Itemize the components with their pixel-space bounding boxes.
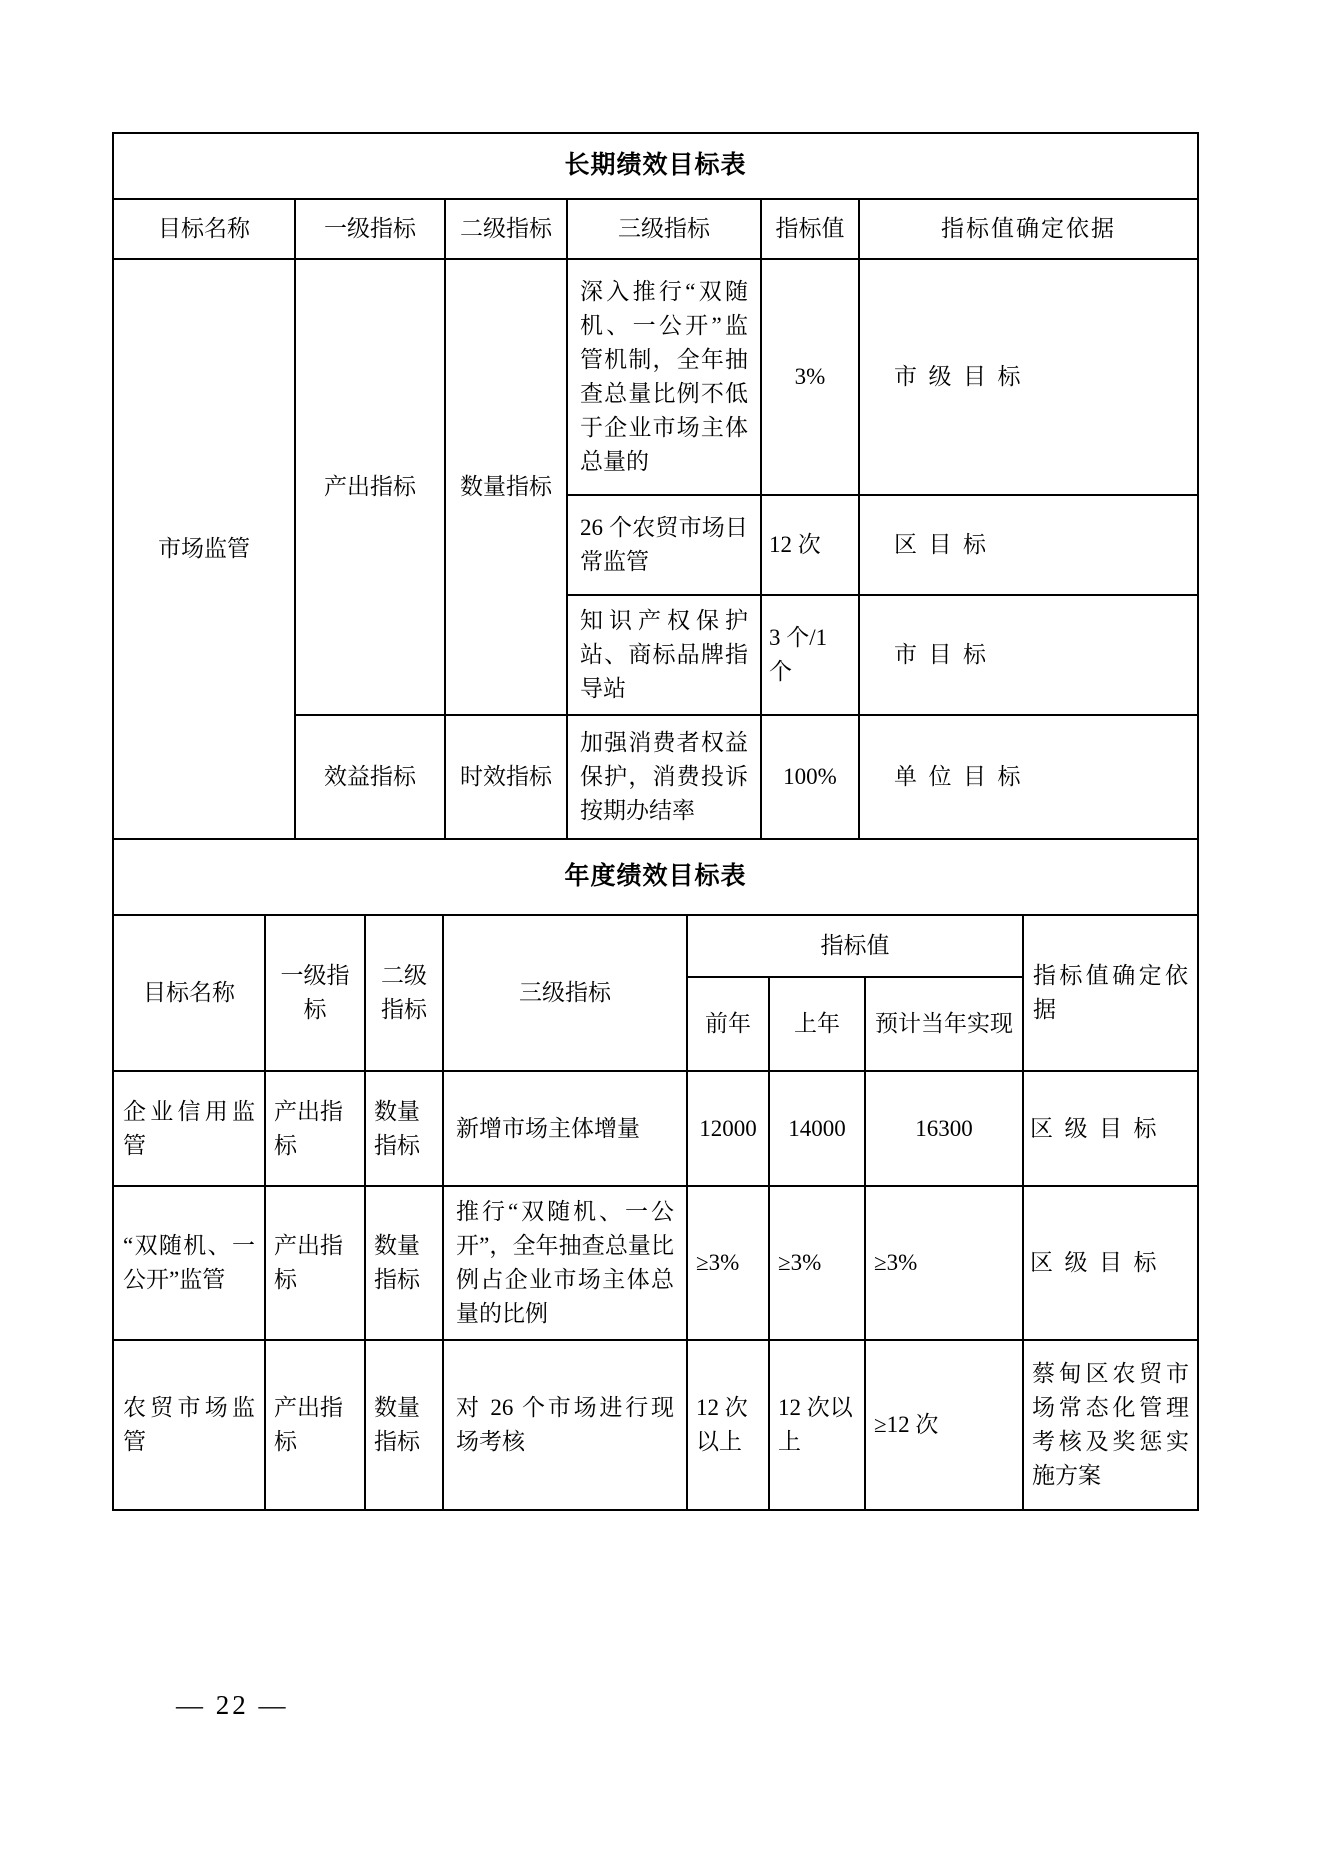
table-row: “双随机、一公开”监管 产出指标 数量指标 推行“双随机、一公开”，全年抽查总量… — [113, 1186, 1198, 1340]
lt-cell-level1-output: 产出指标 — [295, 259, 445, 715]
an-cell-r2-level3: 对 26 个市场进行现场考核 — [443, 1340, 687, 1510]
an-cell-r1-goal: “双随机、一公开”监管 — [113, 1186, 265, 1340]
lt-cell-level2-quantity: 数量指标 — [445, 259, 567, 715]
long-term-table-title: 长期绩效目标表 — [113, 133, 1198, 199]
an-cell-r0-basis: 区级目标 — [1023, 1071, 1198, 1186]
lt-header-value: 指标值 — [761, 199, 859, 259]
lt-cell-r3-level3: 加强消费者权益保护，消费投诉按期办结率 — [567, 715, 761, 839]
long-term-target-table: 长期绩效目标表 目标名称 一级指标 二级指标 三级指标 指标值 指标值确定依据 … — [112, 132, 1199, 840]
an-cell-r0-goal: 企业信用监管 — [113, 1071, 265, 1186]
table-row: 市场监管 产出指标 数量指标 深入推行“双随机、一公开”监管机制，全年抽查总量比… — [113, 259, 1198, 495]
an-cell-r1-basis: 区级目标 — [1023, 1186, 1198, 1340]
an-cell-r0-level1: 产出指标 — [265, 1071, 365, 1186]
an-cell-r2-year-before-last: 12 次以上 — [687, 1340, 769, 1510]
lt-cell-r3-value: 100% — [761, 715, 859, 839]
an-cell-r1-last-year: ≥3% — [769, 1186, 865, 1340]
lt-cell-r3-basis: 单位目标 — [859, 715, 1198, 839]
an-cell-r1-year-before-last: ≥3% — [687, 1186, 769, 1340]
an-header-year-before-last: 前年 — [687, 977, 769, 1071]
an-header-last-year: 上年 — [769, 977, 865, 1071]
an-header-basis: 指标值确定依据 — [1023, 915, 1198, 1071]
an-cell-r2-goal: 农贸市场监管 — [113, 1340, 265, 1510]
lt-cell-goal-name: 市场监管 — [113, 259, 295, 839]
lt-header-basis: 指标值确定依据 — [859, 199, 1198, 259]
an-cell-r1-expected: ≥3% — [865, 1186, 1023, 1340]
an-header-level3: 三级指标 — [443, 915, 687, 1071]
lt-header-goal-name: 目标名称 — [113, 199, 295, 259]
an-cell-r2-last-year: 12 次以上 — [769, 1340, 865, 1510]
an-cell-r0-year-before-last: 12000 — [687, 1071, 769, 1186]
an-header-goal-name: 目标名称 — [113, 915, 265, 1071]
document-page: 长期绩效目标表 目标名称 一级指标 二级指标 三级指标 指标值 指标值确定依据 … — [0, 0, 1323, 1871]
lt-header-level3: 三级指标 — [567, 199, 761, 259]
page-number: — 22 — — [176, 1690, 289, 1721]
lt-cell-r0-value: 3% — [761, 259, 859, 495]
lt-cell-r0-level3: 深入推行“双随机、一公开”监管机制，全年抽查总量比例不低于企业市场主体总量的 — [567, 259, 761, 495]
an-cell-r1-level3: 推行“双随机、一公开”，全年抽查总量比例占企业市场主体总量的比例 — [443, 1186, 687, 1340]
lt-cell-r0-basis: 市级目标 — [859, 259, 1198, 495]
an-cell-r0-level3: 新增市场主体增量 — [443, 1071, 687, 1186]
an-header-value-group: 指标值 — [687, 915, 1023, 977]
an-cell-r2-basis: 蔡甸区农贸市场常态化管理考核及奖惩实施方案 — [1023, 1340, 1198, 1510]
table-row: 企业信用监管 产出指标 数量指标 新增市场主体增量 12000 14000 16… — [113, 1071, 1198, 1186]
lt-header-level2: 二级指标 — [445, 199, 567, 259]
lt-cell-r2-level3: 知识产权保护站、商标品牌指导站 — [567, 595, 761, 715]
annual-table-title: 年度绩效目标表 — [113, 839, 1198, 915]
an-cell-r2-expected: ≥12 次 — [865, 1340, 1023, 1510]
an-cell-r2-level2: 数量指标 — [365, 1340, 443, 1510]
annual-target-table: 年度绩效目标表 目标名称 一级指标 二级指标 三级指标 指标值 指标值确定依据 … — [112, 838, 1199, 1511]
lt-header-level1: 一级指标 — [295, 199, 445, 259]
an-cell-r0-last-year: 14000 — [769, 1071, 865, 1186]
an-cell-r1-level1: 产出指标 — [265, 1186, 365, 1340]
an-header-expected: 预计当年实现 — [865, 977, 1023, 1071]
table-row: 农贸市场监管 产出指标 数量指标 对 26 个市场进行现场考核 12 次以上 1… — [113, 1340, 1198, 1510]
lt-cell-r1-level3: 26 个农贸市场日常监管 — [567, 495, 761, 595]
an-cell-r2-level1: 产出指标 — [265, 1340, 365, 1510]
lt-cell-level1-benefit: 效益指标 — [295, 715, 445, 839]
lt-cell-r2-value: 3 个/1 个 — [761, 595, 859, 715]
an-header-level2: 二级指标 — [365, 915, 443, 1071]
tables-container: 长期绩效目标表 目标名称 一级指标 二级指标 三级指标 指标值 指标值确定依据 … — [112, 132, 1197, 1511]
lt-cell-r1-basis: 区目标 — [859, 495, 1198, 595]
lt-cell-level2-timeliness: 时效指标 — [445, 715, 567, 839]
an-cell-r0-expected: 16300 — [865, 1071, 1023, 1186]
lt-cell-r1-value: 12 次 — [761, 495, 859, 595]
an-header-level1: 一级指标 — [265, 915, 365, 1071]
an-cell-r1-level2: 数量指标 — [365, 1186, 443, 1340]
lt-cell-r2-basis: 市目标 — [859, 595, 1198, 715]
an-cell-r0-level2: 数量指标 — [365, 1071, 443, 1186]
